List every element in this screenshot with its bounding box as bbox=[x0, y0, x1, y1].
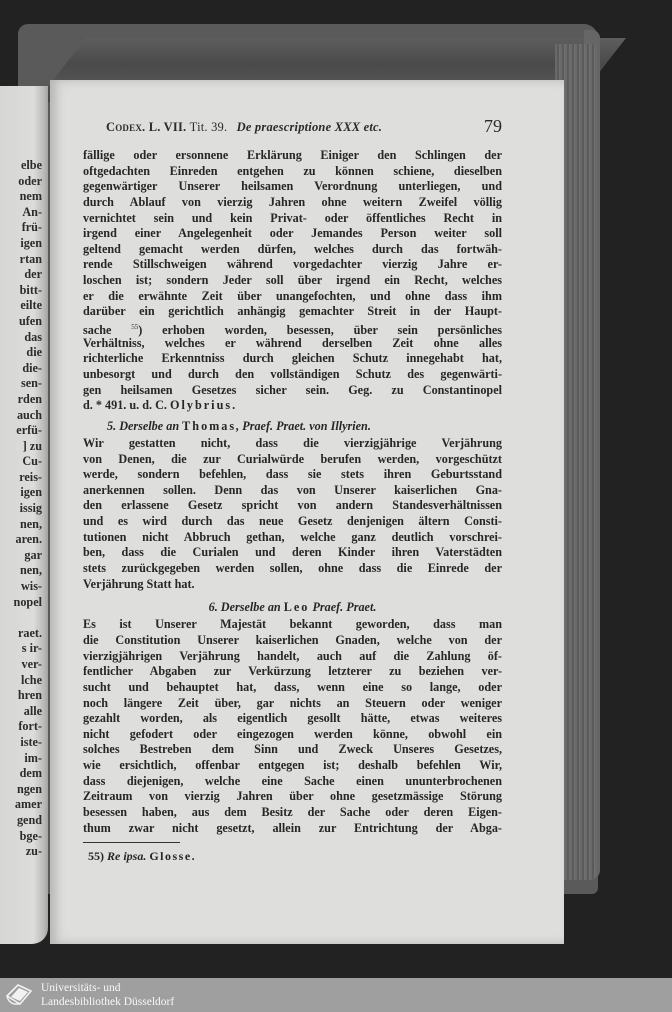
library-footer-bar: Universitäts- und Landesbibliothek Düsse… bbox=[0, 978, 672, 1012]
footnote-number: 55) bbox=[88, 849, 104, 863]
text-line: sucht und behauptet hat, dass, wenn eine… bbox=[83, 680, 502, 696]
text-line: stets zurückgegeben werden sollen, ohne … bbox=[83, 561, 502, 577]
text-line: Zeitraum von vierzig Jahren über ohne ge… bbox=[83, 789, 502, 805]
text-line: Wir gestatten nicht, dass die vierzigjäh… bbox=[83, 436, 502, 452]
text-line: besessen haben, aus dem Besitz der Sache… bbox=[83, 805, 502, 821]
text-line: die Constitution Unserer kaiserlichen Gn… bbox=[83, 633, 502, 649]
running-header: Codex. L. VII. Tit. 39. De praescription… bbox=[83, 116, 502, 136]
header-title-number: Tit. 39. bbox=[190, 120, 228, 134]
text-line: vernichtet sein und kein Privat- oder öf… bbox=[83, 211, 502, 227]
text-line: wie ersichtlich, offenbar entgegen ist; … bbox=[83, 758, 502, 774]
section-heading-6: 6. Derselbe an Leo Praef. Praet. bbox=[83, 595, 502, 617]
text-line: den erlassene Gesetz spricht von andern … bbox=[83, 498, 502, 514]
text-line: thum zwar nicht gesetzt, allein zur Entr… bbox=[83, 821, 502, 837]
page-79: Codex. L. VII. Tit. 39. De praescription… bbox=[50, 80, 564, 944]
paragraph-6: Es ist Unserer Majestät bekannt geworden… bbox=[83, 617, 502, 836]
text-line: gen heilsamen Gesetzes sicher sein. Geg.… bbox=[83, 383, 502, 399]
text-line: rende Stillschweigen während vorgedachte… bbox=[83, 257, 502, 273]
section-heading-5: 5. Derselbe an Thomas, Praef. Praet. von… bbox=[83, 414, 502, 436]
text-line: gezahlt worden, als eigentlich gesollt h… bbox=[83, 711, 502, 727]
text-line: ben, dass die Curialen und deren Kinder … bbox=[83, 545, 502, 561]
page-number: 79 bbox=[484, 116, 502, 137]
footnote-source: Glosse. bbox=[149, 849, 196, 863]
book-logo-icon bbox=[4, 982, 34, 1008]
footnote-latin: Re ipsa. bbox=[107, 849, 146, 863]
text-line: loschen ist; sondern Jeder soll über irg… bbox=[83, 273, 502, 289]
text-line: und es wird durch das neue Gesetz denjen… bbox=[83, 514, 502, 530]
library-name[interactable]: Universitäts- und Landesbibliothek Düsse… bbox=[41, 981, 174, 1009]
text-line: vierzigjährigen Verjährung handelt, auch… bbox=[83, 649, 502, 665]
consul-name: Olybrius. bbox=[170, 398, 237, 412]
library-name-line-2: Landesbibliothek Düsseldorf bbox=[41, 995, 174, 1009]
page-body: fällige oder ersonnene Erklärung Einiger… bbox=[83, 148, 502, 865]
text-line: richterliche Erkenntniss durch gleichen … bbox=[83, 351, 502, 367]
text-line: Es ist Unserer Majestät bekannt geworden… bbox=[83, 617, 502, 633]
text-line: von Denen, die zur Curialwürde berufen w… bbox=[83, 452, 502, 468]
header-reference: Codex. L. VII. Tit. 39. De praescription… bbox=[106, 120, 382, 135]
footnote-rule bbox=[83, 842, 180, 843]
text-line: geltend gemacht werden dürfen, welches d… bbox=[83, 242, 502, 258]
text-line: gegenwärtiger Unserer heilsamen Verordnu… bbox=[83, 179, 502, 195]
text-line: unbesorgt und durch den vollständigen Sc… bbox=[83, 367, 502, 383]
text-line: Verhältniss, welches er während derselbe… bbox=[83, 336, 502, 352]
text-line: fentlicher Abgaben zur Verkürzung letzte… bbox=[83, 664, 502, 680]
text-line: werde, sondern befehlen, dass sie stets … bbox=[83, 467, 502, 483]
text-line: Verjährung Statt hat. bbox=[83, 577, 502, 593]
text-line: anerkennen sollen. Denn das von Unserer … bbox=[83, 483, 502, 499]
text-line: nicht gefodert oder eingezogen werden kö… bbox=[83, 727, 502, 743]
left-facing-page: elbe oder nem An- frü- igen rtan der bit… bbox=[0, 86, 48, 944]
text-line: d. * 491. u. d. C. Olybrius. bbox=[83, 398, 502, 414]
left-page-text-fragments: elbe oder nem An- frü- igen rtan der bit… bbox=[14, 158, 42, 860]
text-line: fällige oder ersonnene Erklärung Einiger… bbox=[83, 148, 502, 164]
text-line: er die erwähnte Zeit über unangefochten,… bbox=[83, 289, 502, 305]
text-line: solches Bestreben dem Sinn und Zweck Uns… bbox=[83, 742, 502, 758]
library-name-line-1: Universitäts- und bbox=[41, 981, 174, 995]
paragraph-1: fällige oder ersonnene Erklärung Einiger… bbox=[83, 148, 502, 320]
scanned-book-spread: elbe oder nem An- frü- igen rtan der bit… bbox=[0, 0, 672, 978]
header-title: De praescriptione XXX etc. bbox=[237, 120, 382, 134]
text-line: irgend einer Angelegenheit oder Jemandes… bbox=[83, 226, 502, 242]
text-line: durch Ablauf von vierzig Jahren ohne wei… bbox=[83, 195, 502, 211]
paragraph-1-continued: Verhältniss, welches er während derselbe… bbox=[83, 336, 502, 399]
paragraph-5: Wir gestatten nicht, dass die vierzigjäh… bbox=[83, 436, 502, 592]
text-line: oftgedachten Einreden entgehen zu können… bbox=[83, 164, 502, 180]
text-line: dass diejenigen, welche eine Sache einen… bbox=[83, 774, 502, 790]
text-line: sache 55) erhoben worden, besessen, über… bbox=[83, 320, 502, 336]
text-line: noch längere Zeit über, gar nichts an St… bbox=[83, 696, 502, 712]
text-line: darüber ein gerichtlich anhängig gemacht… bbox=[83, 304, 502, 320]
text-line: tutionen nicht Abbruch gethan, welche ga… bbox=[83, 530, 502, 546]
header-book: L. VII. bbox=[149, 120, 187, 134]
footnote-55: 55) Re ipsa. Glosse. bbox=[88, 849, 507, 865]
header-codex: Codex. bbox=[106, 120, 145, 134]
